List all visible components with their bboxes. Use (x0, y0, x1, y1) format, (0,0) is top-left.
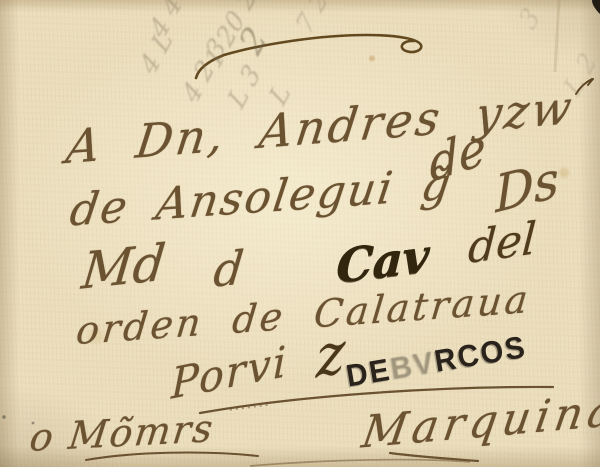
address-line-3-word-4: del (467, 217, 538, 271)
address-line-3-word-1: Md (80, 237, 168, 297)
postmark-smudged-letters: BV (388, 344, 438, 386)
corner-nick (592, 0, 600, 14)
paper-crease (555, 0, 559, 72)
bottom-edge-arc (250, 460, 470, 466)
address-line-3-word-3-bold: Cav (335, 232, 430, 290)
rate-note: o Mõmrs (28, 409, 217, 457)
address-line-2-flourish: Ds (494, 154, 560, 221)
letter-cover: 4 4 1 20 2 7 2 4 L 4 2 3 L 3 L 3 L 2 2 A… (0, 0, 600, 467)
address-line-5-flourish: z (315, 324, 346, 388)
address-line-3-word-2: d (212, 244, 246, 294)
postmark-prefix: DE (344, 352, 394, 394)
speck (2, 415, 5, 418)
